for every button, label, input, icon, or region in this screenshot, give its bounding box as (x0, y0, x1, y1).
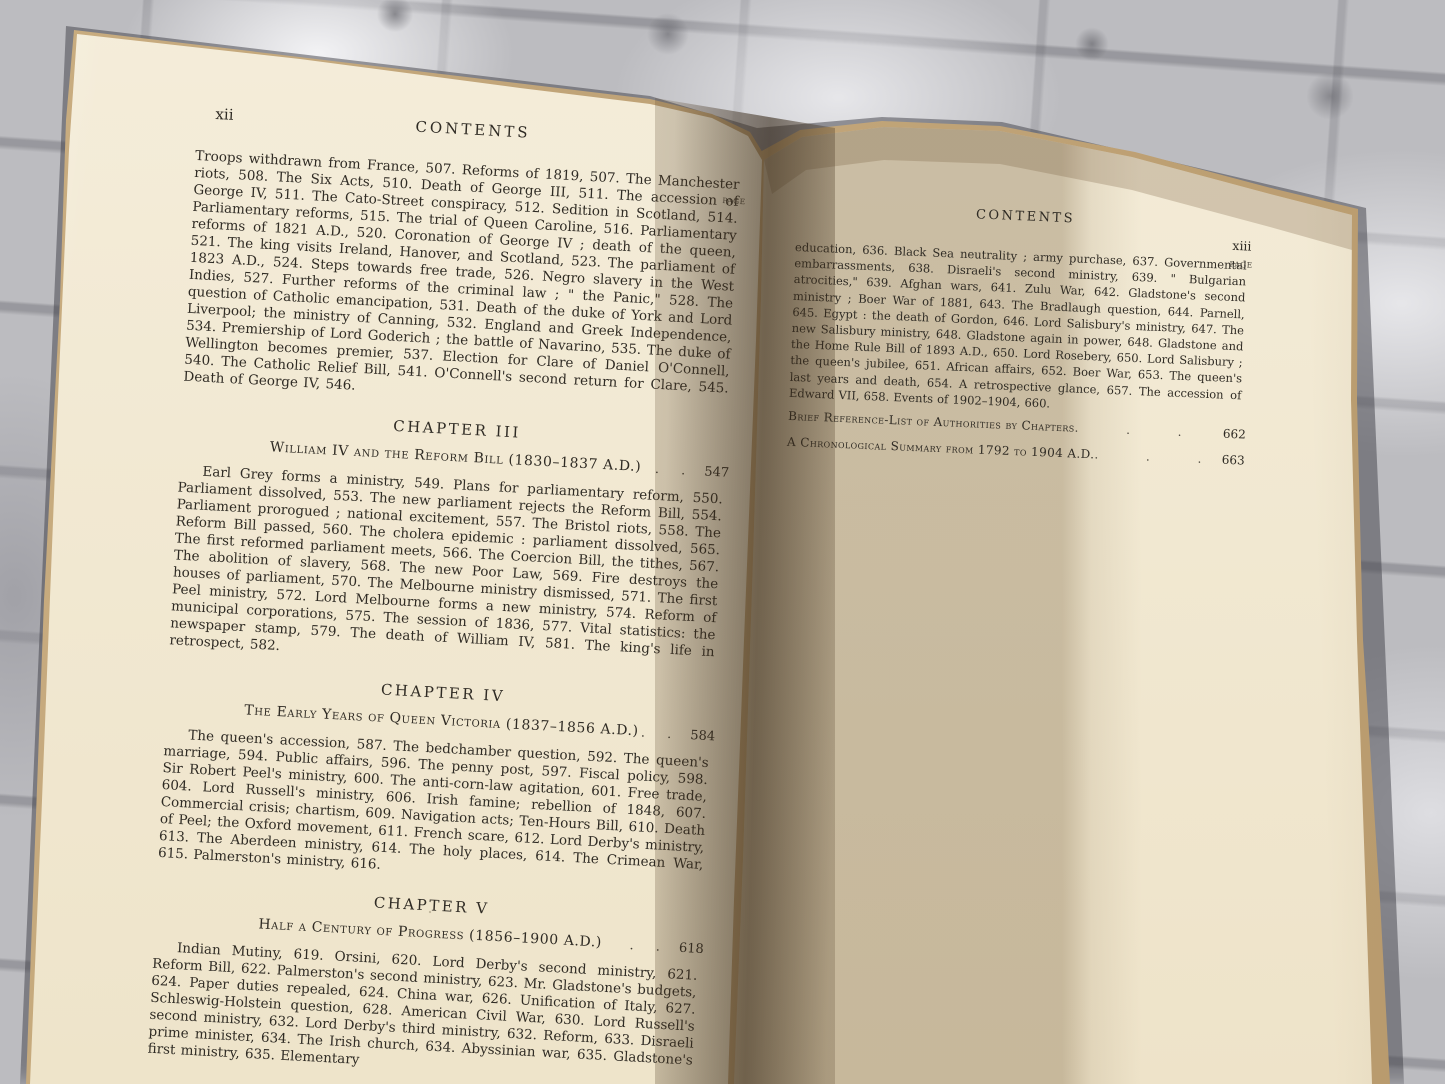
chapter-summary: Earl Grey forms a ministry, 549. Plans f… (169, 462, 723, 678)
right-page-content: CONTENTS xiii PAGE education, 636. Black… (787, 200, 1255, 468)
right-continuation-paragraph: education, 636. Black Sea neutrality ; a… (789, 239, 1247, 419)
chapter-page-ref: . .618 (629, 938, 704, 957)
chapter-page-number: 584 (690, 728, 716, 744)
chapter-section-4: CHAPTER IV The Early Years of Queen Vict… (158, 669, 719, 891)
book-photo-scene: xii CONTENTS PAGE Troops withdrawn from … (0, 0, 1445, 1084)
chapter-page-number: 618 (679, 941, 705, 957)
chapter-summary: The queen's accession, 587. The bedchamb… (158, 726, 709, 891)
chapter-section-5: CHAPTER V Half a Century of Progress (18… (147, 882, 708, 1084)
backmatter-title: Brief Reference-List of Authorities by C… (788, 409, 1075, 435)
leader-dots-icon: . . (629, 938, 669, 955)
chapter-page-number: 547 (704, 464, 730, 480)
left-page-content: xii CONTENTS PAGE Troops withdrawn from … (147, 104, 749, 1084)
left-page-column-label: PAGE (722, 196, 746, 206)
left-intro-paragraph: Troops withdrawn from France, 507. Refor… (183, 148, 740, 415)
leader-dots-icon: . . (641, 725, 681, 742)
chapter-page-ref: . .584 (641, 725, 716, 744)
right-page-column-label: PAGE (1229, 260, 1253, 270)
chapter-section-3: CHAPTER III William IV and the Reform Bi… (169, 406, 733, 679)
backmatter-page-number: 663 (1222, 453, 1245, 468)
open-book: xii CONTENTS PAGE Troops withdrawn from … (0, 0, 1445, 1084)
chapter-page-ref: . .547 (655, 462, 730, 481)
backmatter-page-number: 662 (1223, 427, 1246, 442)
leader-dots-icon: . . . . . (1074, 421, 1217, 441)
chapter-title: Half a Century of Progress (1856–1900 A.… (258, 916, 602, 950)
leader-dots-icon: . . (655, 462, 695, 479)
